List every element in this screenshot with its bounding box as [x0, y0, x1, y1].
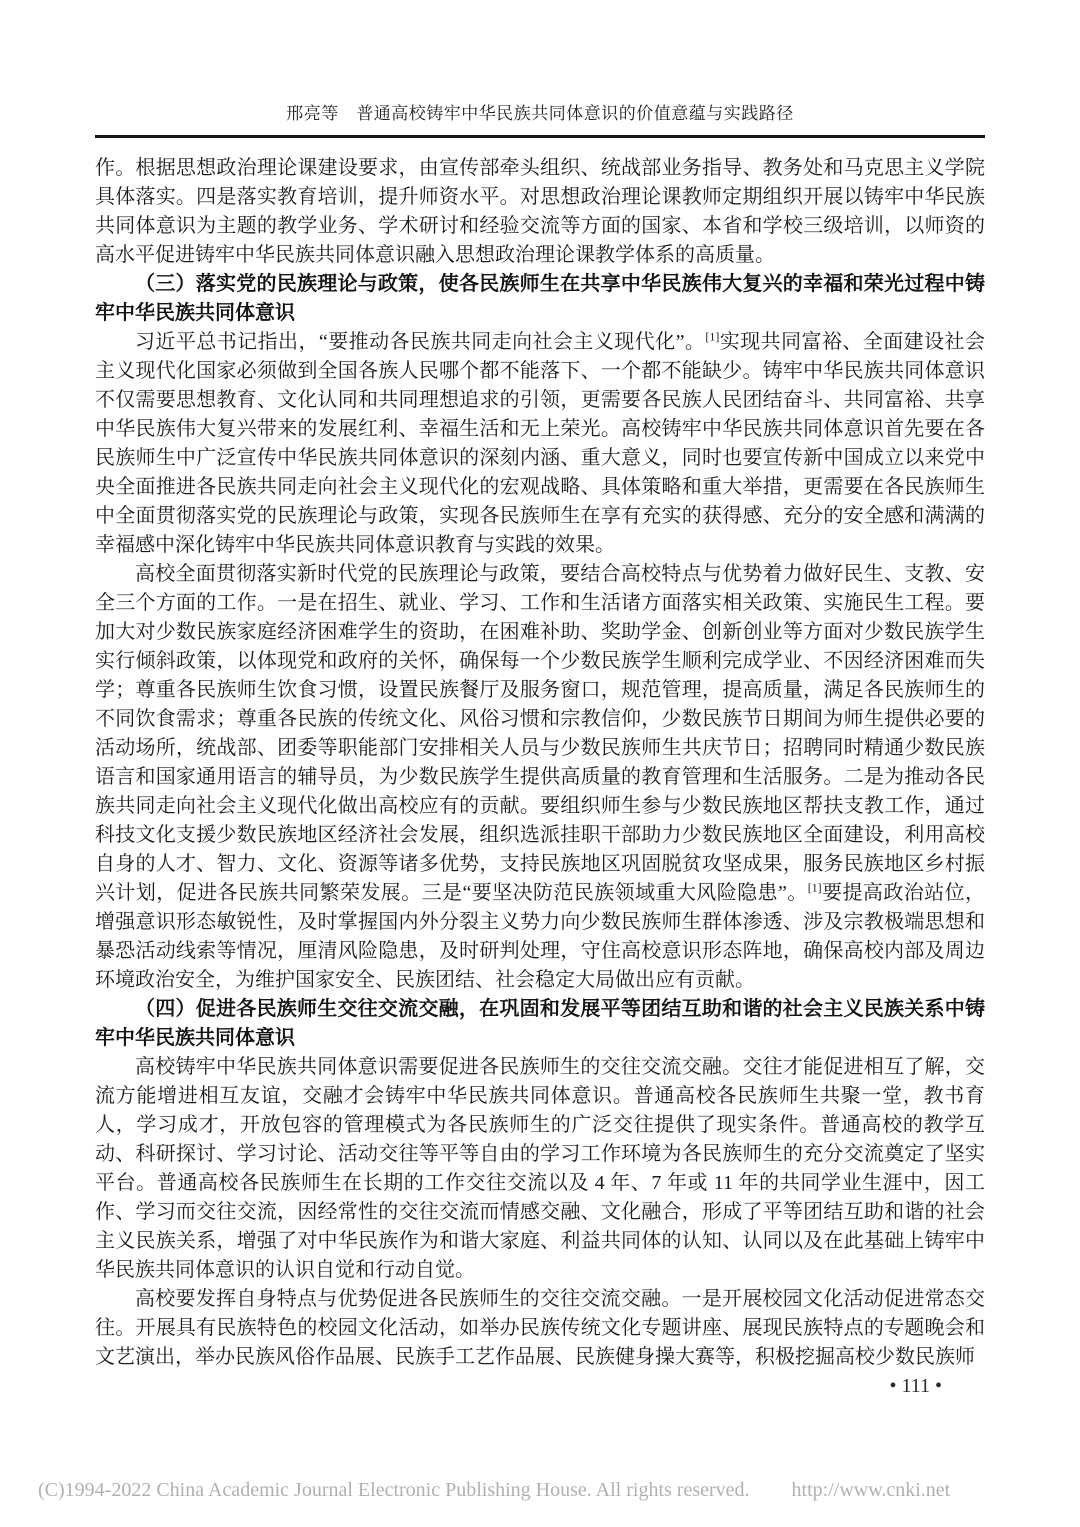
journal-page: 邢亮等 普通高校铸牢中华民族共同体意识的价值意蕴与实践路径 作。根据思想政治理论…	[0, 0, 1080, 1527]
paragraph-continuation: 作。根据思想政治理论课建设要求，由宣传部牵头组织、统战部业务指导、教务处和马克思…	[95, 154, 985, 270]
paragraph-text: 习近平总书记指出，“要推动各民族共同走向社会主义现代化”。	[135, 331, 705, 353]
paragraph-xi-quote: 习近平总书记指出，“要推动各民族共同走向社会主义现代化”。[1]实现共同富裕、全…	[95, 328, 985, 560]
footer-copyright: (C)1994-2022 China Academic Journal Elec…	[38, 1479, 750, 1501]
footer-url: http://www.cnki.net	[792, 1479, 951, 1501]
section-heading-three: （三）落实党的民族理论与政策，使各民族师生在共享中华民族伟大复兴的幸福和荣光过程…	[95, 270, 985, 328]
citation-ref-1: [1]	[705, 329, 719, 343]
footer: (C)1994-2022 China Academic Journal Elec…	[38, 1479, 1042, 1502]
paragraph-text: 高校全面贯彻落实新时代党的民族理论与政策，要结合高校特点与优势着力做好民生、支教…	[95, 563, 985, 904]
running-header: 邢亮等 普通高校铸牢中华民族共同体意识的价值意蕴与实践路径	[0, 0, 1080, 124]
page-number: • 111 •	[95, 1375, 985, 1398]
article-body: 作。根据思想政治理论课建设要求，由宣传部牵头组织、统战部业务指导、教务处和马克思…	[95, 154, 985, 1372]
section-heading-four: （四）促进各民族师生交往交流交融，在巩固和发展平等团结互助和谐的社会主义民族关系…	[95, 995, 985, 1053]
paragraph-policy-implementation: 高校全面贯彻落实新时代党的民族理论与政策，要结合高校特点与优势着力做好民生、支教…	[95, 560, 985, 995]
paragraph-text: 实现共同富裕、全面建设社会主义现代化国家必须做到全国各族人民哪个都不能落下、一个…	[95, 331, 985, 556]
paragraph-campus-culture: 高校要发挥自身特点与优势促进各民族师生的交往交流交融。一是开展校园文化活动促进常…	[95, 1285, 985, 1372]
citation-ref-1: [1]	[808, 880, 822, 894]
paragraph-exchange-integration: 高校铸牢中华民族共同体意识需要促进各民族师生的交往交流交融。交往才能促进相互了解…	[95, 1053, 985, 1285]
header-rule	[95, 135, 985, 138]
